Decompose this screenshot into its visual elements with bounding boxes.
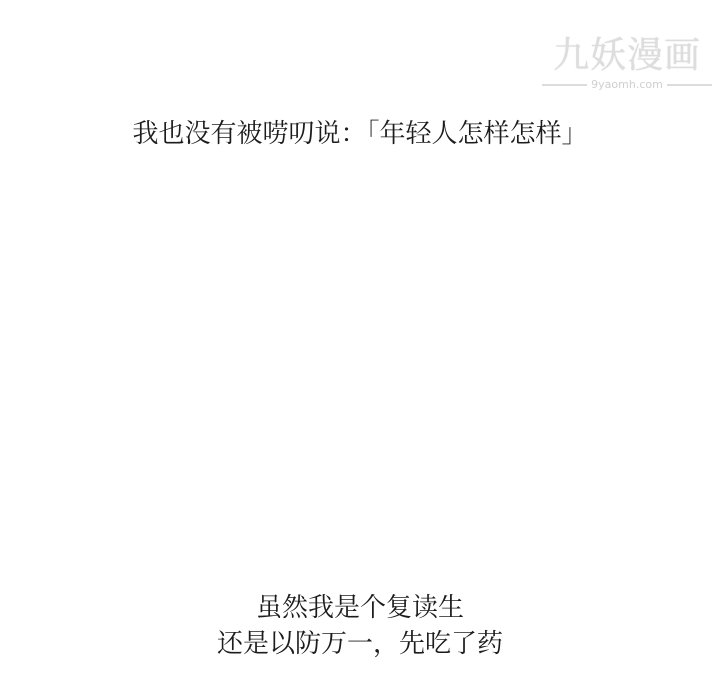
bottom-caption-block: 虽然我是个复读生 还是以防万一，先吃了药 [0, 590, 720, 662]
watermark-logo: 九妖漫画 9yaomh.com [542, 36, 712, 91]
watermark-subtitle: 9yaomh.com [591, 78, 663, 91]
bottom-caption-line-2: 还是以防万一，先吃了药 [0, 626, 720, 662]
watermark-divider-right [667, 84, 712, 86]
top-caption: 我也没有被唠叨说：「年轻人怎样怎样」 [0, 116, 720, 152]
watermark-subtitle-row: 9yaomh.com [542, 78, 712, 91]
watermark-divider-left [542, 84, 587, 86]
bottom-caption-line-1: 虽然我是个复读生 [0, 590, 720, 626]
watermark-title: 九妖漫画 [542, 36, 712, 76]
